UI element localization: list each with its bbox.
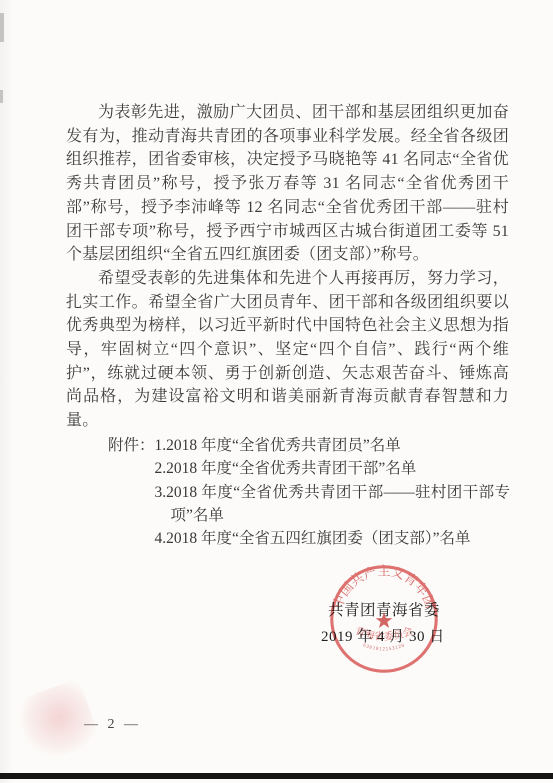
page-number: — 2 — — [84, 717, 141, 733]
scanned-document-page: 为表彰先进，激励广大团员、团干部和基层团组织更加奋发有为，推动青海共青团的各项事… — [0, 0, 553, 783]
official-seal: 中国共产主义青年团 青海省委员会 6301012153120 — [326, 561, 442, 677]
seal-inner-text: 青海省委员会 — [354, 624, 415, 643]
paragraph-expectation: 希望受表彰的先进集体和先进个人再接再厉，努力学习，扎实工作。希望全省广大团员青年… — [66, 267, 509, 433]
attachment-item-1: 1.2018 年度“全省优秀共青团员”名单 — [155, 434, 510, 457]
scan-edge-artifact — [0, 13, 4, 42]
attachments-block: 附件： 1.2018 年度“全省优秀共青团员”名单 2.2018 年度“全省优秀… — [108, 434, 510, 550]
attachments-list: 1.2018 年度“全省优秀共青团员”名单 2.2018 年度“全省优秀共青团干… — [155, 434, 510, 550]
scan-edge-artifact — [0, 90, 3, 103]
attachment-item-2: 2.2018 年度“全省优秀共青团干部”名单 — [155, 457, 510, 480]
attachment-item-4: 4.2018 年度“全省五四红旗团委（团支部）”名单 — [155, 527, 510, 550]
seal-serial-number: 6301012153120 — [362, 643, 406, 653]
paragraph-commendation: 为表彰先进，激励广大团员、团干部和基层团组织更加奋发有为，推动青海共青团的各项事… — [66, 101, 509, 267]
seal-star-icon — [376, 612, 393, 628]
attachments-label: 附件： — [108, 434, 155, 457]
document-body: 为表彰先进，激励广大团员、团干部和基层团组织更加奋发有为，推动青海共青团的各项事… — [66, 101, 509, 433]
scan-bottom-edge — [0, 773, 553, 779]
attachment-item-3: 3.2018 年度“全省优秀共青团干部——驻村团干部专项”名单 — [155, 481, 510, 528]
seal-outer-text: 中国共产主义青年团 — [330, 563, 438, 610]
